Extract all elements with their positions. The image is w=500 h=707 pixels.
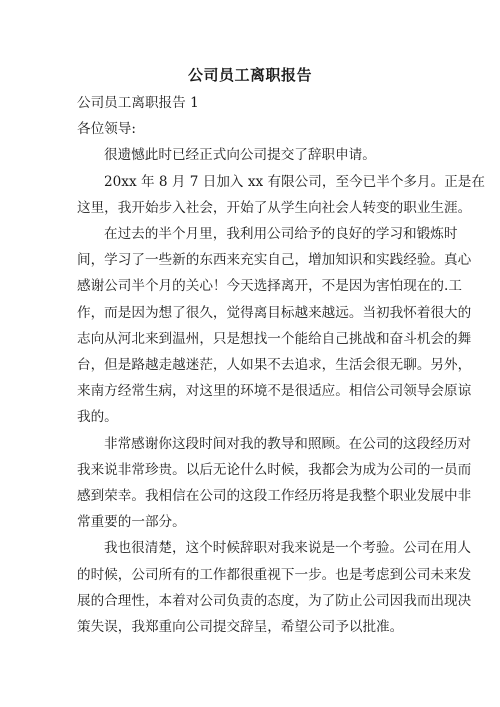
salutation: 各位领导:	[77, 116, 425, 142]
paragraph-line: 策失误，我郑重向公司提交辞呈，希望公司予以批准。	[77, 614, 425, 640]
paragraph-line: 常重要的一部分。	[77, 509, 425, 535]
paragraph-line: 志向从河北来到温州，只是想找一个能给自己挑战和奋斗机会的舞	[77, 326, 425, 352]
paragraph-line: 来南方经常生病，对这里的环境不是很适应。相信公司领导会原谅	[77, 378, 425, 404]
document-title: 公司员工离职报告	[0, 64, 500, 85]
paragraph-line: 间，学习了一些新的东西来充实自己，增加知识和实践经验。真心	[77, 247, 425, 273]
paragraph-line: 展的合理性，本着对公司负责的态度，为了防止公司因我而出现决	[77, 588, 425, 614]
paragraph-line: 20xx 年 8 月 7 日加入 xx 有限公司，至今已半个多月。正是在	[77, 169, 425, 195]
paragraph-2: 20xx 年 8 月 7 日加入 xx 有限公司，至今已半个多月。正是在 这里，…	[77, 169, 425, 221]
paragraph-line: 我的。	[77, 404, 425, 430]
paragraph-line: 的时候，公司所有的工作都很重视下一步。也是考虑到公司未来发	[77, 562, 425, 588]
paragraph-line: 感到荣幸。我相信在公司的这段工作经历将是我整个职业发展中非	[77, 483, 425, 509]
document-subtitle: 公司员工离职报告 1	[77, 90, 425, 116]
paragraph-4: 非常感谢你这段时间对我的教导和照顾。在公司的这段经历对 我来说非常珍贵。以后无论…	[77, 431, 425, 536]
document-page: 公司员工离职报告 公司员工离职报告 1 各位领导: 很遗憾此时已经正式向公司提交…	[0, 0, 500, 707]
paragraph-line: 这里，我开始步入社会，开始了从学生向社会人转变的职业生涯。	[77, 195, 425, 221]
paragraph-5: 我也很清楚，这个时候辞职对我来说是一个考验。公司在用人 的时候，公司所有的工作都…	[77, 535, 425, 640]
paragraph-line: 我也很清楚，这个时候辞职对我来说是一个考验。公司在用人	[77, 535, 425, 561]
paragraph-1: 很遗憾此时已经正式向公司提交了辞职申请。	[77, 142, 425, 168]
paragraph-line: 感谢公司半个月的关心！今天选择离开，不是因为害怕现在的.工	[77, 273, 425, 299]
paragraph-line: 非常感谢你这段时间对我的教导和照顾。在公司的这段经历对	[77, 431, 425, 457]
paragraph-line: 很遗憾此时已经正式向公司提交了辞职申请。	[77, 142, 425, 168]
document-body: 公司员工离职报告 1 各位领导: 很遗憾此时已经正式向公司提交了辞职申请。 20…	[77, 90, 425, 640]
paragraph-line: 作，而是因为想了很久，觉得离目标越来越远。当初我怀着很大的	[77, 300, 425, 326]
paragraph-3: 在过去的半个月里，我利用公司给予的良好的学习和锻炼时 间，学习了一些新的东西来充…	[77, 221, 425, 431]
paragraph-line: 台，但是路越走越迷茫，人如果不去追求，生活会很无聊。另外，	[77, 352, 425, 378]
paragraph-line: 我来说非常珍贵。以后无论什么时候，我都会为成为公司的一员而	[77, 457, 425, 483]
paragraph-line: 在过去的半个月里，我利用公司给予的良好的学习和锻炼时	[77, 221, 425, 247]
